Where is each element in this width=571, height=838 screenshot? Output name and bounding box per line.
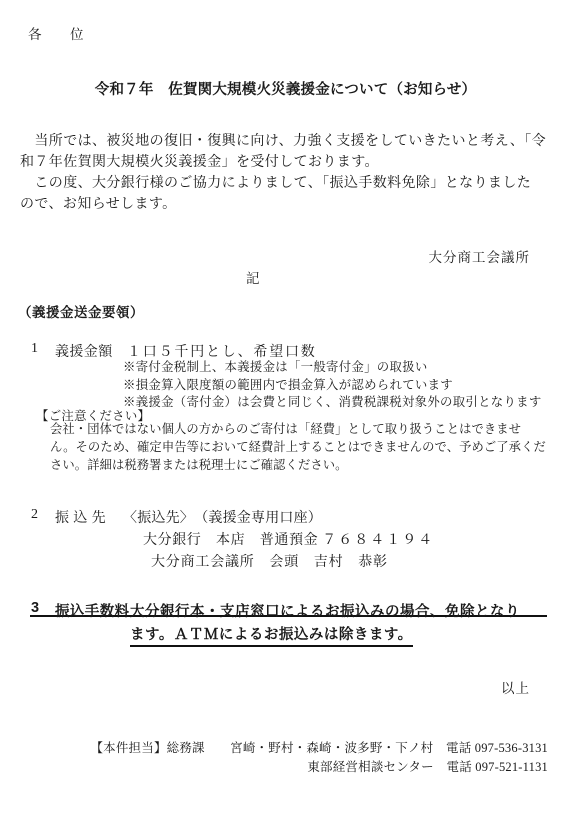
closing-marker: 以上: [501, 677, 530, 697]
sender-organization: 大分商工会議所: [429, 246, 531, 266]
item-1-tax-notes: ※寄付金税制上、本義援金は「一般寄付金」の取扱い ※損金算入限度額の範囲内で損金…: [123, 359, 542, 412]
caution-line-3: さい。詳細は税務署または税理士にご確認ください。: [50, 456, 555, 474]
item-1-donation-amount: 1 義援金額 １口５千円とし、希望口数: [0, 341, 571, 361]
caution-line-2: ん。そのため、確定申告等において経費計上することはできませんので、予めご了承くだ: [50, 438, 555, 456]
item-3-transfer-fee: 3 振込手数料 大分銀行本・支店窓口によるお振込みの場合、免除となり: [30, 600, 547, 617]
record-marker: 記: [246, 267, 260, 287]
intro-line-4: ので、お知らせします。: [20, 194, 560, 215]
item-3-label: 振込手数料: [55, 600, 130, 621]
intro-line-2: 和７年佐賀関大規模火災義援金」を受付しております。: [20, 152, 560, 173]
bank-account-line: 大分銀行 本店 普通預金７６８４１９４: [143, 529, 434, 549]
notice-document-page: 各 位 令和７年 佐賀関大規模火災義援金について（お知らせ） 当所では、被災地の…: [0, 0, 571, 838]
document-title: 令和７年 佐賀関大規模火災義援金について（お知らせ）: [0, 78, 571, 99]
item-2-label: 振 込 先: [55, 507, 106, 527]
tax-note-3: ※義援金（寄付金）は会費と同じく、消費税課税対象外の取引となります: [123, 394, 542, 412]
tax-note-2: ※損金算入限度額の範囲内で損金算入が認められています: [123, 377, 542, 395]
item-3-number: 3: [31, 600, 39, 616]
tax-note-1: ※寄付金税制上、本義援金は「一般寄付金」の取扱い: [123, 359, 542, 377]
bank-branch-type: 大分銀行 本店 普通預金: [143, 533, 318, 548]
item-3-text-line-2-wrap: ます。ＡＴＭによるお振込みは除きます。: [130, 623, 413, 647]
intro-paragraphs: 当所では、被災地の復旧・復興に向け、力強く支援をしていきたいと考え、「令 和７年…: [20, 131, 560, 215]
item-1-label: 義援金額: [55, 341, 113, 361]
contact-footer-line-2: 東部経営相談センター 電話 097-521-1131: [307, 757, 548, 775]
account-number: ７６８４１９４: [322, 533, 434, 548]
caution-body: 会社・団体ではない個人の方からのご寄付は「経費」として取り扱うことはできませ ん…: [50, 420, 555, 474]
account-holder-line: 大分商工会議所 会頭 吉村 恭彰: [151, 551, 388, 571]
item-2-account-type: 〈振込先〉 （義援金専用口座）: [123, 507, 322, 527]
contact-footer-line-1: 【本件担当】総務課 宮崎・野村・森崎・波多野・下ノ村 電話 097-536-31…: [90, 738, 548, 756]
recipient-line: 各 位: [28, 23, 84, 43]
section-heading-remittance-guide: （義援金送金要領）: [18, 301, 144, 321]
item-2-number: 2: [31, 507, 38, 523]
caution-line-1: 会社・団体ではない個人の方からのご寄付は「経費」として取り扱うことはできませ: [50, 420, 555, 438]
item-3-text-line-2: ます。ＡＴＭによるお振込みは除きます。: [130, 623, 413, 647]
item-3-text-line-1: 大分銀行本・支店窓口によるお振込みの場合、免除となり: [130, 600, 520, 621]
item-1-value: １口５千円とし、希望口数: [127, 341, 317, 361]
intro-line-1: 当所では、被災地の復旧・復興に向け、力強く支援をしていきたいと考え、「令: [20, 131, 560, 152]
intro-line-3: この度、大分銀行様のご協力によりまして、「振込手数料免除」となりました: [20, 173, 560, 194]
item-2-transfer-destination: 2 振 込 先 〈振込先〉 （義援金専用口座）: [0, 507, 571, 527]
item-1-number: 1: [31, 341, 38, 357]
